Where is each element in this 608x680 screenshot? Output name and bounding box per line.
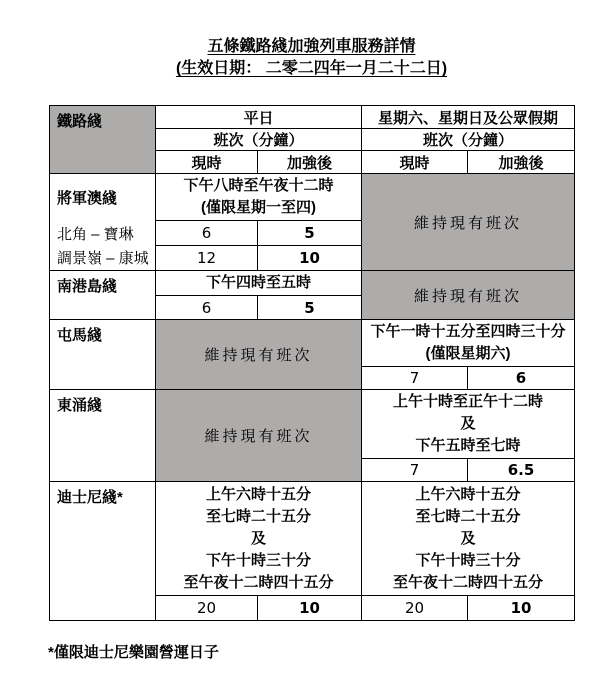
header-enhanced-weekday: 加強後: [258, 151, 362, 174]
cell-tko-branch1-enhanced: 5: [258, 221, 362, 246]
header-weekday: 平日: [156, 106, 362, 129]
cell-tko-branch-2: 調景嶺 – 康城: [50, 246, 156, 271]
cell-tko-branch2-current: 12: [156, 246, 258, 271]
page-subtitle: (生效日期： 二零二四年一月二十二日): [49, 58, 574, 80]
cell-drl-weekend-enhanced: 10: [468, 596, 575, 621]
row-tko-time: 將軍澳綫 下午八時至午夜十二時 (僅限星期一至四) 維持現有班次: [50, 174, 575, 221]
cell-tko-branch1-current: 6: [156, 221, 258, 246]
cell-line-name-tko: 將軍澳綫: [50, 174, 156, 221]
cell-sil-weekend-maintain: 維持現有班次: [362, 271, 575, 320]
service-schedule-table: 鐵路綫 平日 星期六、星期日及公眾假期 班次（分鐘） 班次（分鐘） 現時 加強後…: [49, 105, 575, 621]
cell-drl-weekday-current: 20: [156, 596, 258, 621]
cell-line-name-drl: 迪士尼綫*: [50, 482, 156, 621]
cell-tko-weekday-time: 下午八時至午夜十二時 (僅限星期一至四): [156, 174, 362, 221]
header-rail-line: 鐵路綫: [50, 106, 156, 174]
cell-drl-weekend-current: 20: [362, 596, 468, 621]
row-tcl-time: 東涌綫 維持現有班次 上午十時至正午十二時 及 下午五時至七時: [50, 390, 575, 459]
row-sil-time: 南港島綫 下午四時至五時 維持現有班次: [50, 271, 575, 296]
cell-tml-current: 7: [362, 367, 468, 390]
cell-tcl-weekday-maintain: 維持現有班次: [156, 390, 362, 482]
cell-sil-current: 6: [156, 296, 258, 320]
header-enhanced-weekend: 加強後: [468, 151, 575, 174]
cell-tcl-current: 7: [362, 459, 468, 482]
row-drl-time: 迪士尼綫* 上午六時十五分 至七時二十五分 及 下午十時三十分 至午夜十二時四十…: [50, 482, 575, 596]
cell-tko-branch2-enhanced: 10: [258, 246, 362, 271]
cell-tcl-weekend-time: 上午十時至正午十二時 及 下午五時至七時: [362, 390, 575, 459]
cell-tko-weekend-maintain: 維持現有班次: [362, 174, 575, 271]
footnote: *僅限迪士尼樂園營運日子: [48, 641, 608, 662]
header-current-weekday: 現時: [156, 151, 258, 174]
cell-tko-branch-1: 北角 – 寶琳: [50, 221, 156, 246]
row-tml-time: 屯馬綫 維持現有班次 下午一時十五分至四時三十分 (僅限星期六): [50, 320, 575, 367]
cell-tml-weekend-time: 下午一時十五分至四時三十分 (僅限星期六): [362, 320, 575, 367]
cell-line-name-tcl: 東涌綫: [50, 390, 156, 482]
cell-sil-enhanced: 5: [258, 296, 362, 320]
cell-drl-weekend-time: 上午六時十五分 至七時二十五分 及 下午十時三十分 至午夜十二時四十五分: [362, 482, 575, 596]
page-title: 五條鐵路綫加強列車服務詳情: [49, 36, 574, 58]
cell-line-name-tml: 屯馬綫: [50, 320, 156, 390]
cell-sil-weekday-time: 下午四時至五時: [156, 271, 362, 296]
header-frequency-weekday: 班次（分鐘）: [156, 129, 362, 151]
document-page: { "page": { "title": "五條鐵路綫加強列車服務詳情", "s…: [0, 0, 608, 680]
table-header-row-1: 鐵路綫 平日 星期六、星期日及公眾假期: [50, 106, 575, 129]
header-frequency-weekend: 班次（分鐘）: [362, 129, 575, 151]
cell-tcl-enhanced: 6.5: [468, 459, 575, 482]
header-current-weekend: 現時: [362, 151, 468, 174]
cell-tml-enhanced: 6: [468, 367, 575, 390]
cell-drl-weekday-time: 上午六時十五分 至七時二十五分 及 下午十時三十分 至午夜十二時四十五分: [156, 482, 362, 596]
title-block: 五條鐵路綫加強列車服務詳情 (生效日期： 二零二四年一月二十二日): [49, 0, 574, 80]
cell-drl-weekday-enhanced: 10: [258, 596, 362, 621]
header-weekend: 星期六、星期日及公眾假期: [362, 106, 575, 129]
cell-line-name-sil: 南港島綫: [50, 271, 156, 320]
cell-tml-weekday-maintain: 維持現有班次: [156, 320, 362, 390]
